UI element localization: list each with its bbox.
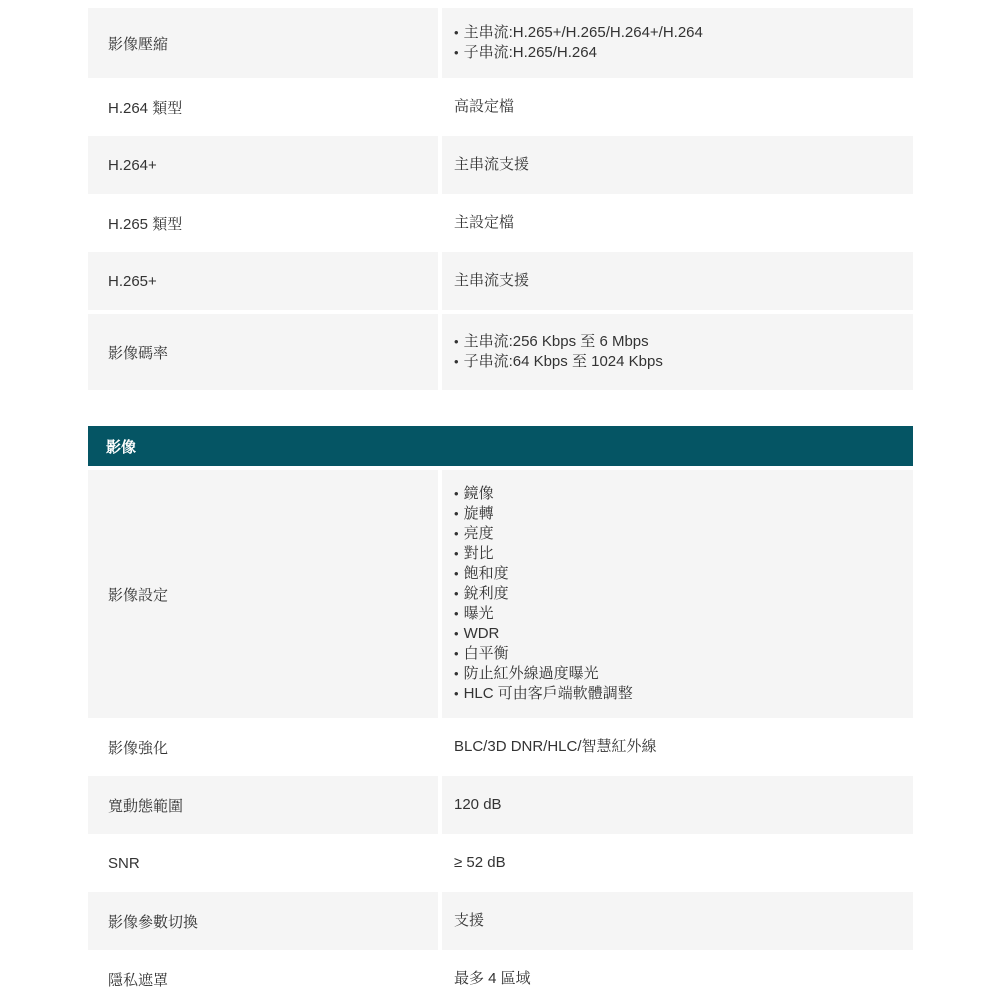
spec-value: 高設定檔	[454, 97, 514, 117]
spec-bullet-text: 曝光	[464, 604, 494, 624]
spec-row: H.264+主串流支援	[88, 136, 913, 194]
spec-row: 影像碼率•主串流:256 Kbps 至 6 Mbps•子串流:64 Kbps 至…	[88, 314, 913, 390]
spec-bullet-line: •旋轉	[454, 504, 901, 524]
spec-row: 影像參數切換支援	[88, 892, 913, 950]
spec-bullet-text: 主串流:256 Kbps 至 6 Mbps	[464, 332, 649, 352]
spec-value: 主串流支援	[454, 155, 529, 175]
spec-label: SNR	[108, 855, 140, 872]
bullet-icon: •	[454, 564, 459, 584]
spec-label: 影像設定	[108, 584, 168, 605]
spec-page: 影像壓縮•主串流:H.265+/H.265/H.264+/H.264•子串流:H…	[88, 8, 913, 1000]
spec-value-cell: 最多 4 區域	[442, 950, 913, 1000]
spec-label-cell: H.264 類型	[88, 78, 438, 136]
bullet-icon: •	[454, 664, 459, 684]
spec-label: 隱私遮罩	[108, 969, 168, 990]
spec-value: 主串流支援	[454, 271, 529, 291]
spec-value: BLC/3D DNR/HLC/智慧紅外線	[454, 737, 657, 757]
spec-row: 影像設定•鏡像•旋轉•亮度•對比•飽和度•銳利度•曝光•WDR•白平衡•防止紅外…	[88, 470, 913, 718]
spec-bullet-text: 防止紅外線過度曝光	[464, 664, 599, 684]
bullet-icon: •	[454, 23, 459, 43]
spec-value-cell: •主串流:H.265+/H.265/H.264+/H.264•子串流:H.265…	[442, 8, 913, 78]
spec-bullet-text: 子串流:64 Kbps 至 1024 Kbps	[464, 352, 663, 372]
bullet-icon: •	[454, 484, 459, 504]
spec-bullet-text: 白平衡	[464, 644, 509, 664]
spec-value-cell: 主串流支援	[442, 136, 913, 194]
spec-value: 120 dB	[454, 795, 502, 815]
spec-label: 寬動態範圍	[108, 795, 183, 816]
spec-label: H.265 類型	[108, 213, 182, 234]
bullet-icon: •	[454, 524, 459, 544]
bullet-icon: •	[454, 684, 459, 704]
bullet-icon: •	[454, 43, 459, 63]
section-header: 影像	[88, 426, 913, 466]
spec-label-cell: H.265+	[88, 252, 438, 310]
spec-bullet-text: 子串流:H.265/H.264	[464, 43, 597, 63]
spec-bullet-text: 飽和度	[464, 564, 509, 584]
bullet-icon: •	[454, 352, 459, 372]
spec-label-cell: 影像碼率	[88, 314, 438, 390]
spec-bullet-line: •亮度	[454, 524, 901, 544]
spec-label-cell: 影像設定	[88, 470, 438, 718]
spec-bullet-text: HLC 可由客戶端軟體調整	[464, 684, 633, 704]
spec-bullet-text: 主串流:H.265+/H.265/H.264+/H.264	[464, 23, 703, 43]
spec-row: 隱私遮罩最多 4 區域	[88, 950, 913, 1000]
spec-value-cell: BLC/3D DNR/HLC/智慧紅外線	[442, 718, 913, 776]
spec-table: 影像設定•鏡像•旋轉•亮度•對比•飽和度•銳利度•曝光•WDR•白平衡•防止紅外…	[88, 470, 913, 1000]
spec-row: SNR≥ 52 dB	[88, 834, 913, 892]
spec-bullet-line: •主串流:256 Kbps 至 6 Mbps	[454, 332, 901, 352]
spec-table: 影像壓縮•主串流:H.265+/H.265/H.264+/H.264•子串流:H…	[88, 8, 913, 390]
spec-bullet-text: 亮度	[464, 524, 494, 544]
spec-label-cell: 寬動態範圍	[88, 776, 438, 834]
spec-row: 影像壓縮•主串流:H.265+/H.265/H.264+/H.264•子串流:H…	[88, 8, 913, 78]
spec-label-cell: SNR	[88, 834, 438, 892]
spec-bullet-line: •白平衡	[454, 644, 901, 664]
bullet-icon: •	[454, 644, 459, 664]
spec-bullet-line: •子串流:64 Kbps 至 1024 Kbps	[454, 352, 901, 372]
spec-bullet-line: •WDR	[454, 624, 901, 644]
bullet-icon: •	[454, 544, 459, 564]
spec-value-cell: 主設定檔	[442, 194, 913, 252]
spec-value: 最多 4 區域	[454, 969, 531, 989]
spec-value: ≥ 52 dB	[454, 853, 506, 873]
spec-bullet-line: •主串流:H.265+/H.265/H.264+/H.264	[454, 23, 901, 43]
spec-label: 影像參數切換	[108, 911, 198, 932]
spec-row: 影像強化BLC/3D DNR/HLC/智慧紅外線	[88, 718, 913, 776]
spec-bullet-line: •曝光	[454, 604, 901, 624]
bullet-icon: •	[454, 624, 459, 644]
bullet-icon: •	[454, 504, 459, 524]
spec-label-cell: 影像壓縮	[88, 8, 438, 78]
spec-row: H.264 類型高設定檔	[88, 78, 913, 136]
spec-value: 主設定檔	[454, 213, 514, 233]
spec-value-cell: 120 dB	[442, 776, 913, 834]
spec-label: 影像強化	[108, 737, 168, 758]
spec-value-cell: 支援	[442, 892, 913, 950]
spec-label-cell: 隱私遮罩	[88, 950, 438, 1000]
spec-label-cell: 影像強化	[88, 718, 438, 776]
spec-value-cell: 高設定檔	[442, 78, 913, 136]
spec-bullet-line: •子串流:H.265/H.264	[454, 43, 901, 63]
spec-label-cell: H.264+	[88, 136, 438, 194]
bullet-icon: •	[454, 332, 459, 352]
spec-label: H.264 類型	[108, 97, 182, 118]
spec-bullet-line: •HLC 可由客戶端軟體調整	[454, 684, 901, 704]
spec-row: H.265+主串流支援	[88, 252, 913, 310]
spec-label: 影像壓縮	[108, 33, 168, 54]
spec-row: H.265 類型主設定檔	[88, 194, 913, 252]
spec-row: 寬動態範圍120 dB	[88, 776, 913, 834]
spec-bullet-line: •銳利度	[454, 584, 901, 604]
spec-bullet-line: •鏡像	[454, 484, 901, 504]
spec-bullet-text: 對比	[464, 544, 494, 564]
spec-label: 影像碼率	[108, 342, 168, 363]
spec-value-cell: •主串流:256 Kbps 至 6 Mbps•子串流:64 Kbps 至 102…	[442, 314, 913, 390]
spec-label: H.265+	[108, 273, 157, 290]
bullet-icon: •	[454, 604, 459, 624]
spec-bullet-text: 鏡像	[464, 484, 494, 504]
spec-bullet-line: •對比	[454, 544, 901, 564]
spec-value-cell: 主串流支援	[442, 252, 913, 310]
spec-bullet-line: •防止紅外線過度曝光	[454, 664, 901, 684]
spec-bullet-text: 旋轉	[464, 504, 494, 524]
spec-label: H.264+	[108, 157, 157, 174]
spec-bullet-text: WDR	[464, 624, 500, 644]
spec-value-cell: •鏡像•旋轉•亮度•對比•飽和度•銳利度•曝光•WDR•白平衡•防止紅外線過度曝…	[442, 470, 913, 718]
spec-label-cell: 影像參數切換	[88, 892, 438, 950]
spec-value: 支援	[454, 911, 484, 931]
spec-bullet-text: 銳利度	[464, 584, 509, 604]
spec-bullet-line: •飽和度	[454, 564, 901, 584]
bullet-icon: •	[454, 584, 459, 604]
spec-label-cell: H.265 類型	[88, 194, 438, 252]
spec-value-cell: ≥ 52 dB	[442, 834, 913, 892]
